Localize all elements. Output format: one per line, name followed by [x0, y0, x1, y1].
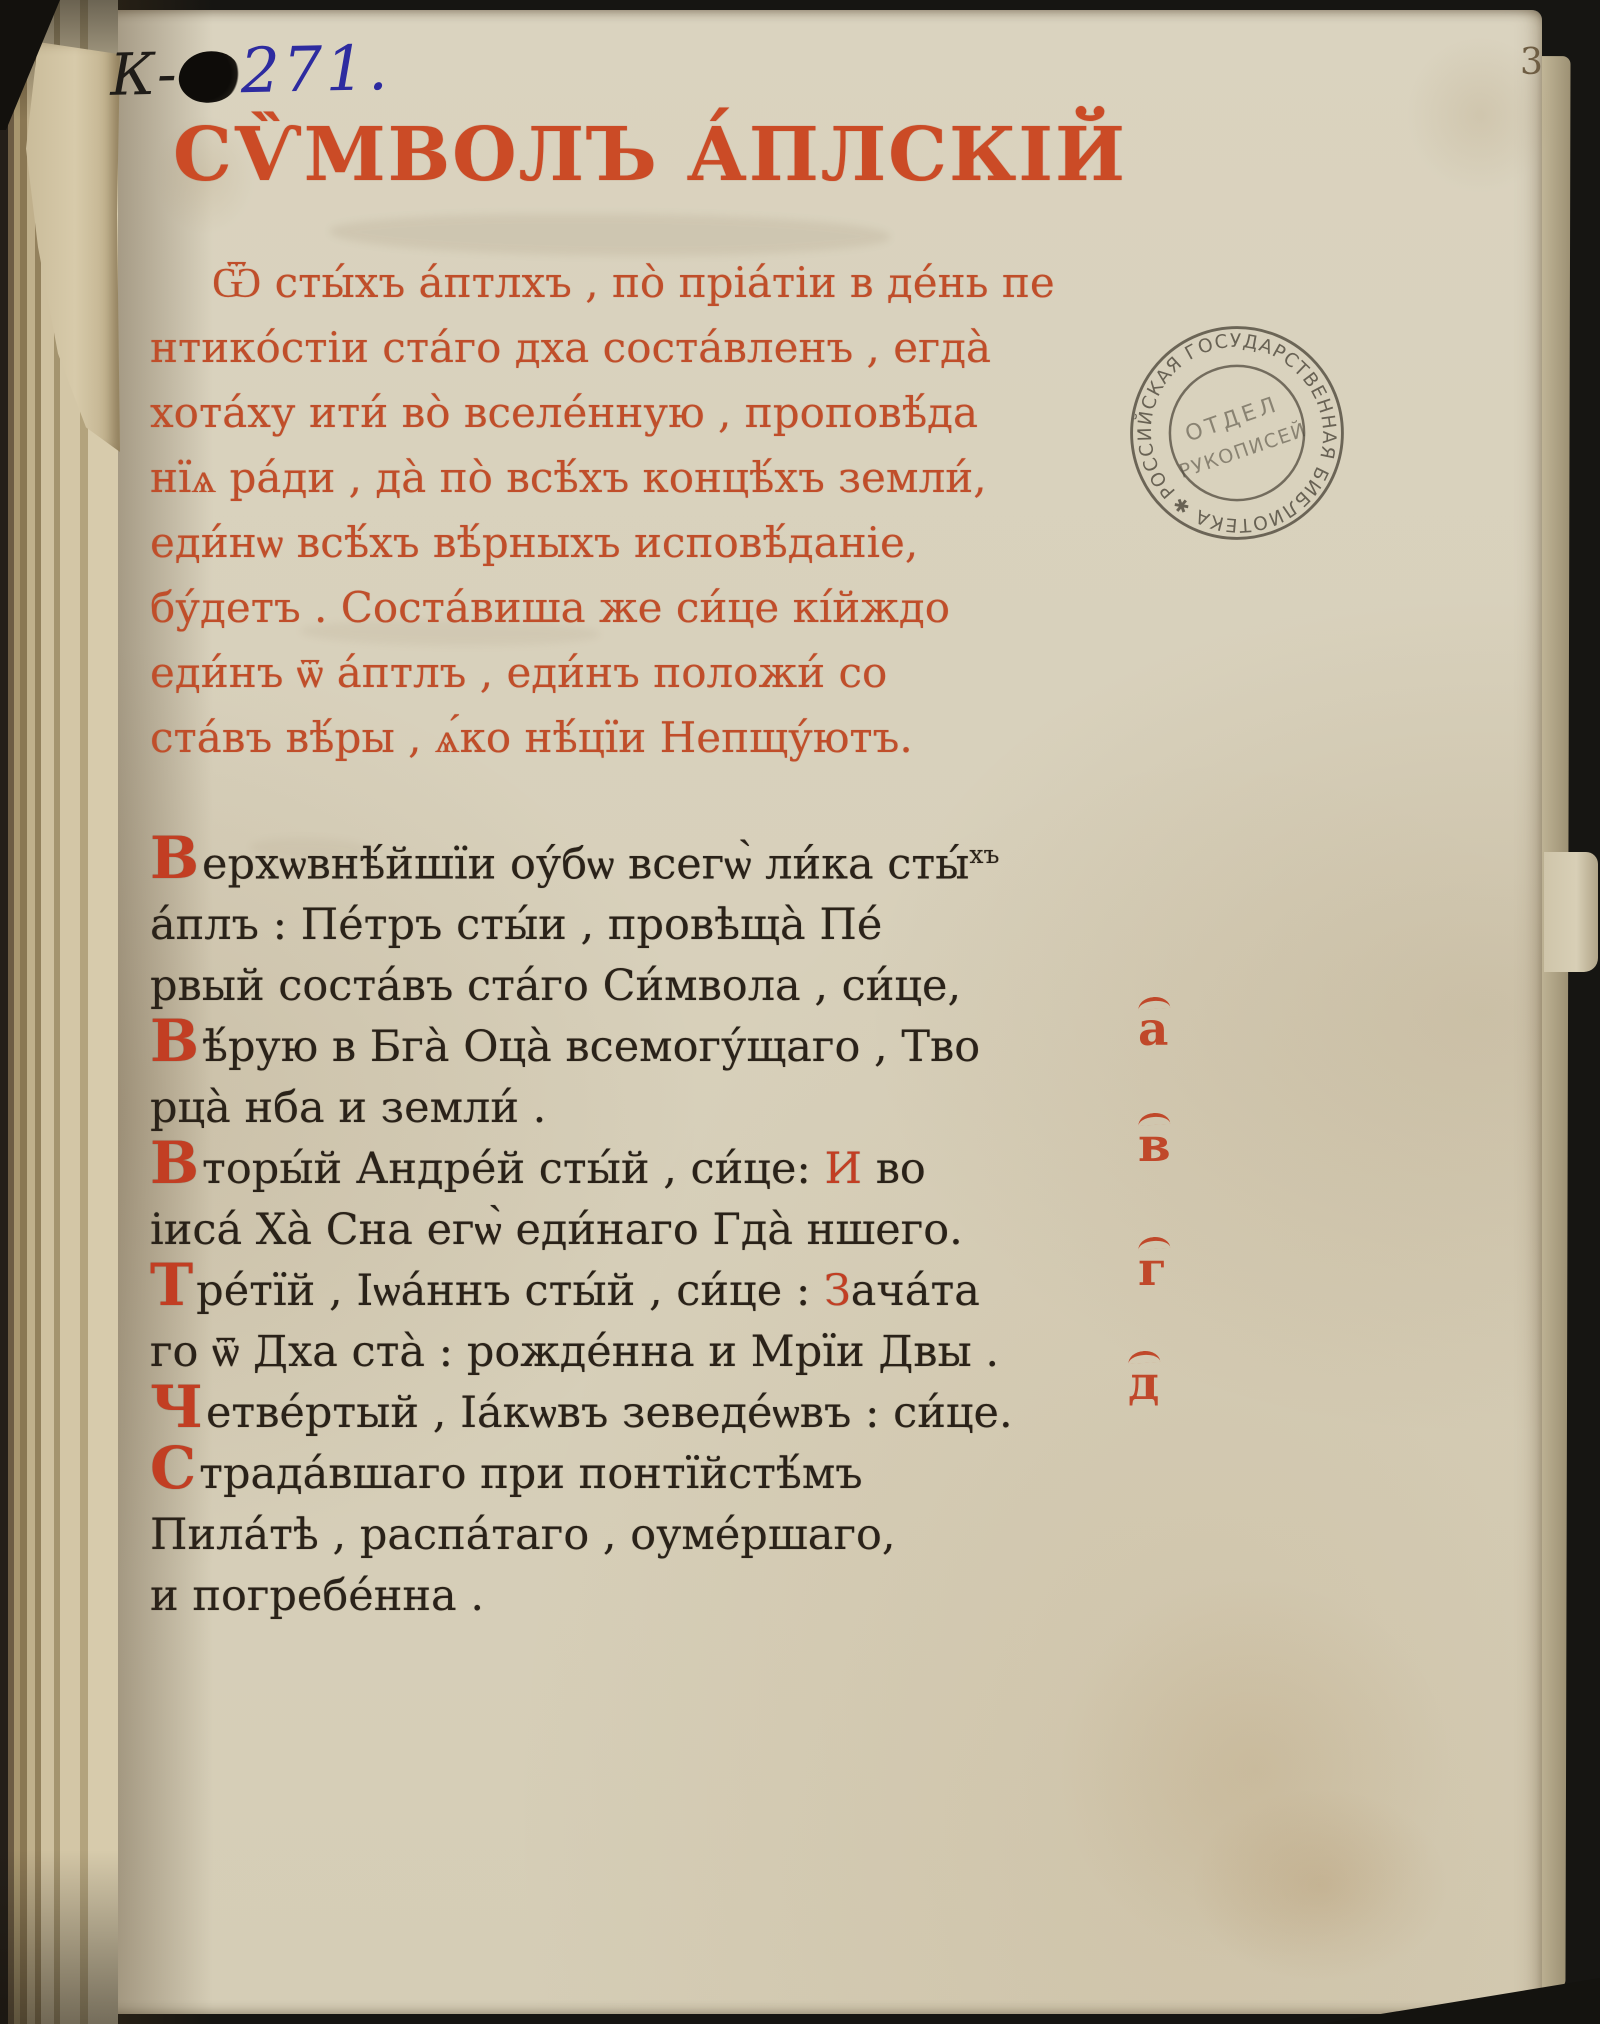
text-segment: ача́та [851, 1266, 980, 1316]
red-paragraph-line: бу́детъ . Соста́виша же си́це кі́йждо [150, 575, 1050, 640]
ink-blot [176, 48, 242, 107]
main-text-line: іиса́ Ха̀ Сна егѡ̀ еди́наго Гда̀ ншего. [150, 1200, 1070, 1261]
main-text-line: Вторы́й Андре́й сты́й , си́це: И во [150, 1139, 1070, 1200]
red-paragraph-line: нїѧ ра́ди , да̀ по̀ всѣ́хъ концѣ́хъ земл… [150, 445, 1050, 510]
stamp-outer-circle [1132, 328, 1343, 539]
text-segment: трада́вшаго при понтїйстѣ́мъ [199, 1449, 863, 1499]
text-segment: во [862, 1144, 926, 1194]
stamp-ring-text: РОССИЙСКАЯ ГОСУДАРСТВЕННАЯ БИБЛИОТЕКА ✱ [1133, 331, 1339, 535]
text-segment: Пила́тѣ , распа́таго , оуме́ршаго, [150, 1510, 896, 1560]
main-text-line: Вѣ́рую в Бга̀ Оца̀ всемогу́щаго , Тво [150, 1017, 1070, 1078]
red-paragraph-line: нтико́стіи ста́го дха соста́вленъ , егда… [150, 315, 1050, 380]
text-segment: рца̀ нба и земли́ . [150, 1083, 546, 1133]
text-segment: торы́й Андре́й сты́й , си́це: [202, 1144, 825, 1194]
main-text-line: Пила́тѣ , распа́таго , оуме́ршаго, [150, 1505, 1070, 1566]
numeral-letter: а [1138, 1002, 1168, 1057]
main-text-line: а́плъ : Пе́тръ сты́и , провѣща̀ Пе́ [150, 895, 1070, 956]
library-stamp: РОССИЙСКАЯ ГОСУДАРСТВЕННАЯ БИБЛИОТЕКА ✱ … [1122, 318, 1352, 548]
main-text-line: го ѿ Дха ста̀ : рожде́нна и Мрїи Двы . [150, 1322, 1070, 1383]
shelfmark-number: 271. [240, 31, 392, 107]
red-initial: В [150, 1007, 199, 1075]
marginal-numeral: д [1128, 1360, 1159, 1407]
text-segment: а́плъ : Пе́тръ сты́и , провѣща̀ Пе́ [150, 900, 882, 950]
red-paragraph-line: еди́нъ ѿ а́птлъ , еди́нъ положи́ со [150, 640, 1050, 705]
main-text-line: рца̀ нба и земли́ . [150, 1078, 1070, 1139]
red-initial: Ч [150, 1373, 203, 1441]
red-initial: В [150, 824, 199, 892]
red-initial: В [150, 1129, 199, 1197]
main-text-line: Тре́тїй , Іѡа́ннъ сты́й , си́це : Зача́т… [150, 1261, 1070, 1322]
text-segment: и погребе́нна . [150, 1571, 484, 1621]
numeral-letter: г [1138, 1242, 1167, 1297]
red-initial: Т [150, 1251, 193, 1319]
marginal-numeral: г [1138, 1246, 1167, 1293]
shelfmark: К-271. [109, 31, 391, 110]
red-initial: С [150, 1434, 196, 1502]
red-paragraph-line: Ѿ сты́хъ а́птлхъ , по̀ пріа́тіи в де́нь … [150, 250, 1050, 315]
main-text-line: и погребе́нна . [150, 1566, 1070, 1627]
red-paragraph-line: хота́ху ити́ во̀ вселе́нную , проповѣ́да [150, 380, 1050, 445]
manuscript-photo: { "page": { "folio_number": "3", "shelfm… [0, 0, 1600, 2024]
red-letter: З [824, 1266, 851, 1316]
numeral-letter: д [1128, 1356, 1159, 1411]
shelfmark-prefix: К- [109, 40, 179, 109]
main-text-line: Четве́ртый , Іа́кѡвъ зеведе́ѡвъ : си́це. [150, 1383, 1070, 1444]
main-text-block: Верхѡвнѣ́йшїи оу́бѡ всегѡ̀ ли́ка сты́хъа… [150, 824, 1070, 1627]
superscript-text: хъ [969, 840, 999, 869]
text-segment: іиса́ Ха̀ Сна егѡ̀ еди́наго Гда̀ ншего. [150, 1205, 963, 1255]
red-letter: И [825, 1144, 863, 1194]
folio-number: 3 [1520, 42, 1543, 83]
main-text-line: Верхѡвнѣ́йшїи оу́бѡ всегѡ̀ ли́ка сты́хъ [150, 824, 1070, 895]
text-segment: ерхѡвнѣ́йшїи оу́бѡ всегѡ̀ ли́ка сты́ [202, 839, 969, 889]
stamp-center-text: ОТДЕЛ РУКОПИСЕЙ [1165, 386, 1310, 483]
text-segment: го ѿ Дха ста̀ : рожде́нна и Мрїи Двы . [150, 1327, 999, 1377]
text-segment: етве́ртый , Іа́кѡвъ зеведе́ѡвъ : си́це. [206, 1388, 1013, 1438]
manuscript-title: СѶМВОЛЪ А́ПЛСКІЙ [150, 112, 1150, 198]
text-segment: ѣ́рую в Бга̀ Оца̀ всемогу́щаго , Тво [202, 1022, 980, 1072]
red-paragraph-line: ста́въ вѣ́ры , ѧ́ко нѣ́цїи Непщу́ютъ. [150, 705, 1050, 770]
red-ink-paragraph: Ѿ сты́хъ а́птлхъ , по̀ пріа́тіи в де́нь … [150, 250, 1050, 770]
red-paragraph-line: еди́нѡ всѣ́хъ вѣ́рныхъ исповѣ́даніе, [150, 510, 1050, 575]
text-segment: ре́тїй , Іѡа́ннъ сты́й , си́це : [196, 1266, 824, 1316]
text-segment: рвый соста́въ ста́го Си́мвола , си́це, [150, 961, 961, 1011]
main-text-line: Страда́вшаго при понтїйстѣ́мъ [150, 1444, 1070, 1505]
numeral-letter: в [1138, 1118, 1171, 1173]
main-text-line: рвый соста́въ ста́го Си́мвола , си́це, [150, 956, 1070, 1017]
marginal-numeral: а [1138, 1006, 1168, 1053]
marginal-numeral: в [1138, 1122, 1171, 1169]
page-edge-tab [1544, 852, 1598, 972]
